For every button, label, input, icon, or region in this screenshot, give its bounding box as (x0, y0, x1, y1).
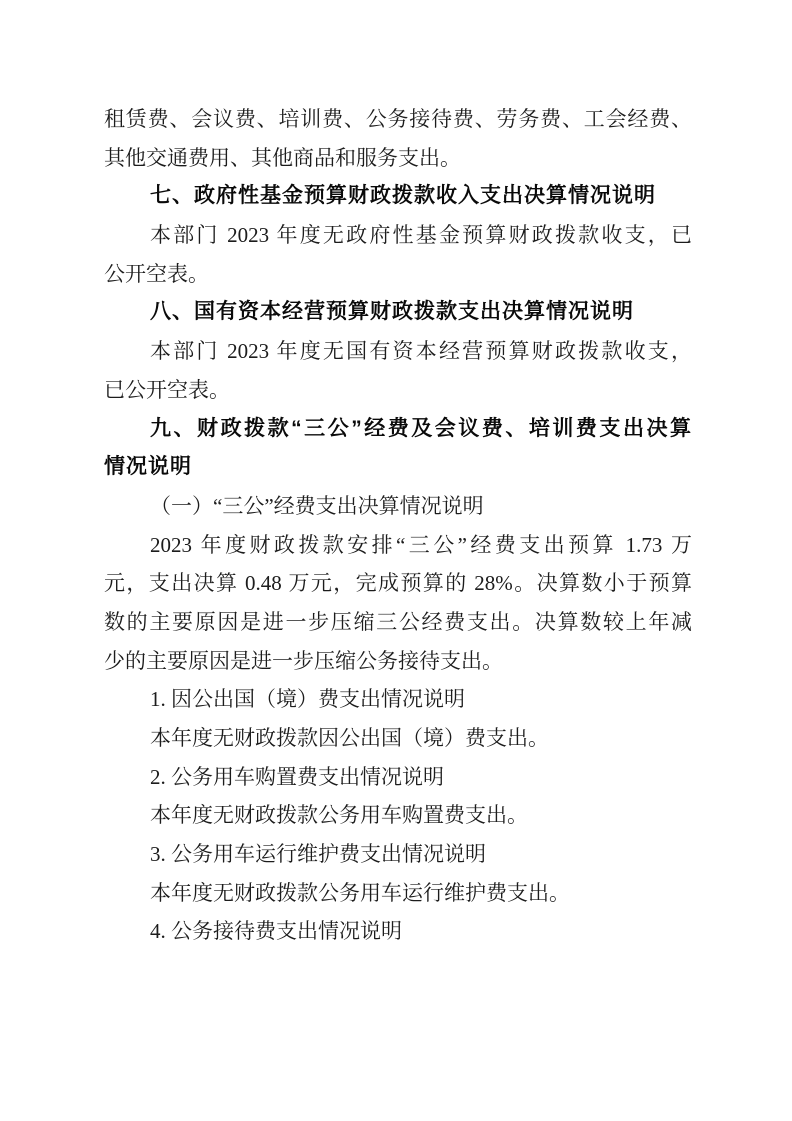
paragraph-line: 本年度无财政拨款因公出国（境）费支出。 (104, 719, 692, 758)
paragraph-line: 其他交通费用、其他商品和服务支出。 (104, 139, 692, 178)
paragraph-line: （一）“三公”经费支出决算情况说明 (104, 487, 692, 526)
section-heading: 八、国有资本经营预算财政拨款支出决算情况说明 (104, 293, 692, 332)
paragraph-line: 本部门 2023 年度无国有资本经营预算财政拨款收支， (104, 332, 692, 371)
paragraph-line: 租赁费、会议费、培训费、公务接待费、劳务费、工会经费、 (104, 100, 692, 139)
paragraph-line: 数的主要原因是进一步压缩三公经费支出。决算数较上年减 (104, 603, 692, 642)
paragraph-line: 3. 公务用车运行维护费支出情况说明 (104, 835, 692, 874)
document-page: 租赁费、会议费、培训费、公务接待费、劳务费、工会经费、其他交通费用、其他商品和服… (0, 0, 792, 1121)
paragraph-line: 1. 因公出国（境）费支出情况说明 (104, 680, 692, 719)
paragraph-line: 少的主要原因是进一步压缩公务接待支出。 (104, 642, 692, 681)
paragraph-line: 本年度无财政拨款公务用车购置费支出。 (104, 796, 692, 835)
paragraph-line: 本部门 2023 年度无政府性基金预算财政拨款收支，已 (104, 216, 692, 255)
section-heading: 七、政府性基金预算财政拨款收入支出决算情况说明 (104, 177, 692, 216)
paragraph-line: 2. 公务用车购置费支出情况说明 (104, 758, 692, 797)
section-heading: 九、财政拨款“三公”经费及会议费、培训费支出决算 (104, 410, 692, 449)
paragraph-line: 公开空表。 (104, 255, 692, 294)
paragraph-line: 4. 公务接待费支出情况说明 (104, 912, 692, 951)
paragraph-line: 已公开空表。 (104, 371, 692, 410)
section-heading: 情况说明 (104, 448, 692, 487)
paragraph-line: 本年度无财政拨款公务用车运行维护费支出。 (104, 874, 692, 913)
paragraph-line: 元，支出决算 0.48 万元，完成预算的 28%。决算数小于预算 (104, 564, 692, 603)
paragraph-line: 2023 年度财政拨款安排“三公”经费支出预算 1.73 万 (104, 526, 692, 565)
